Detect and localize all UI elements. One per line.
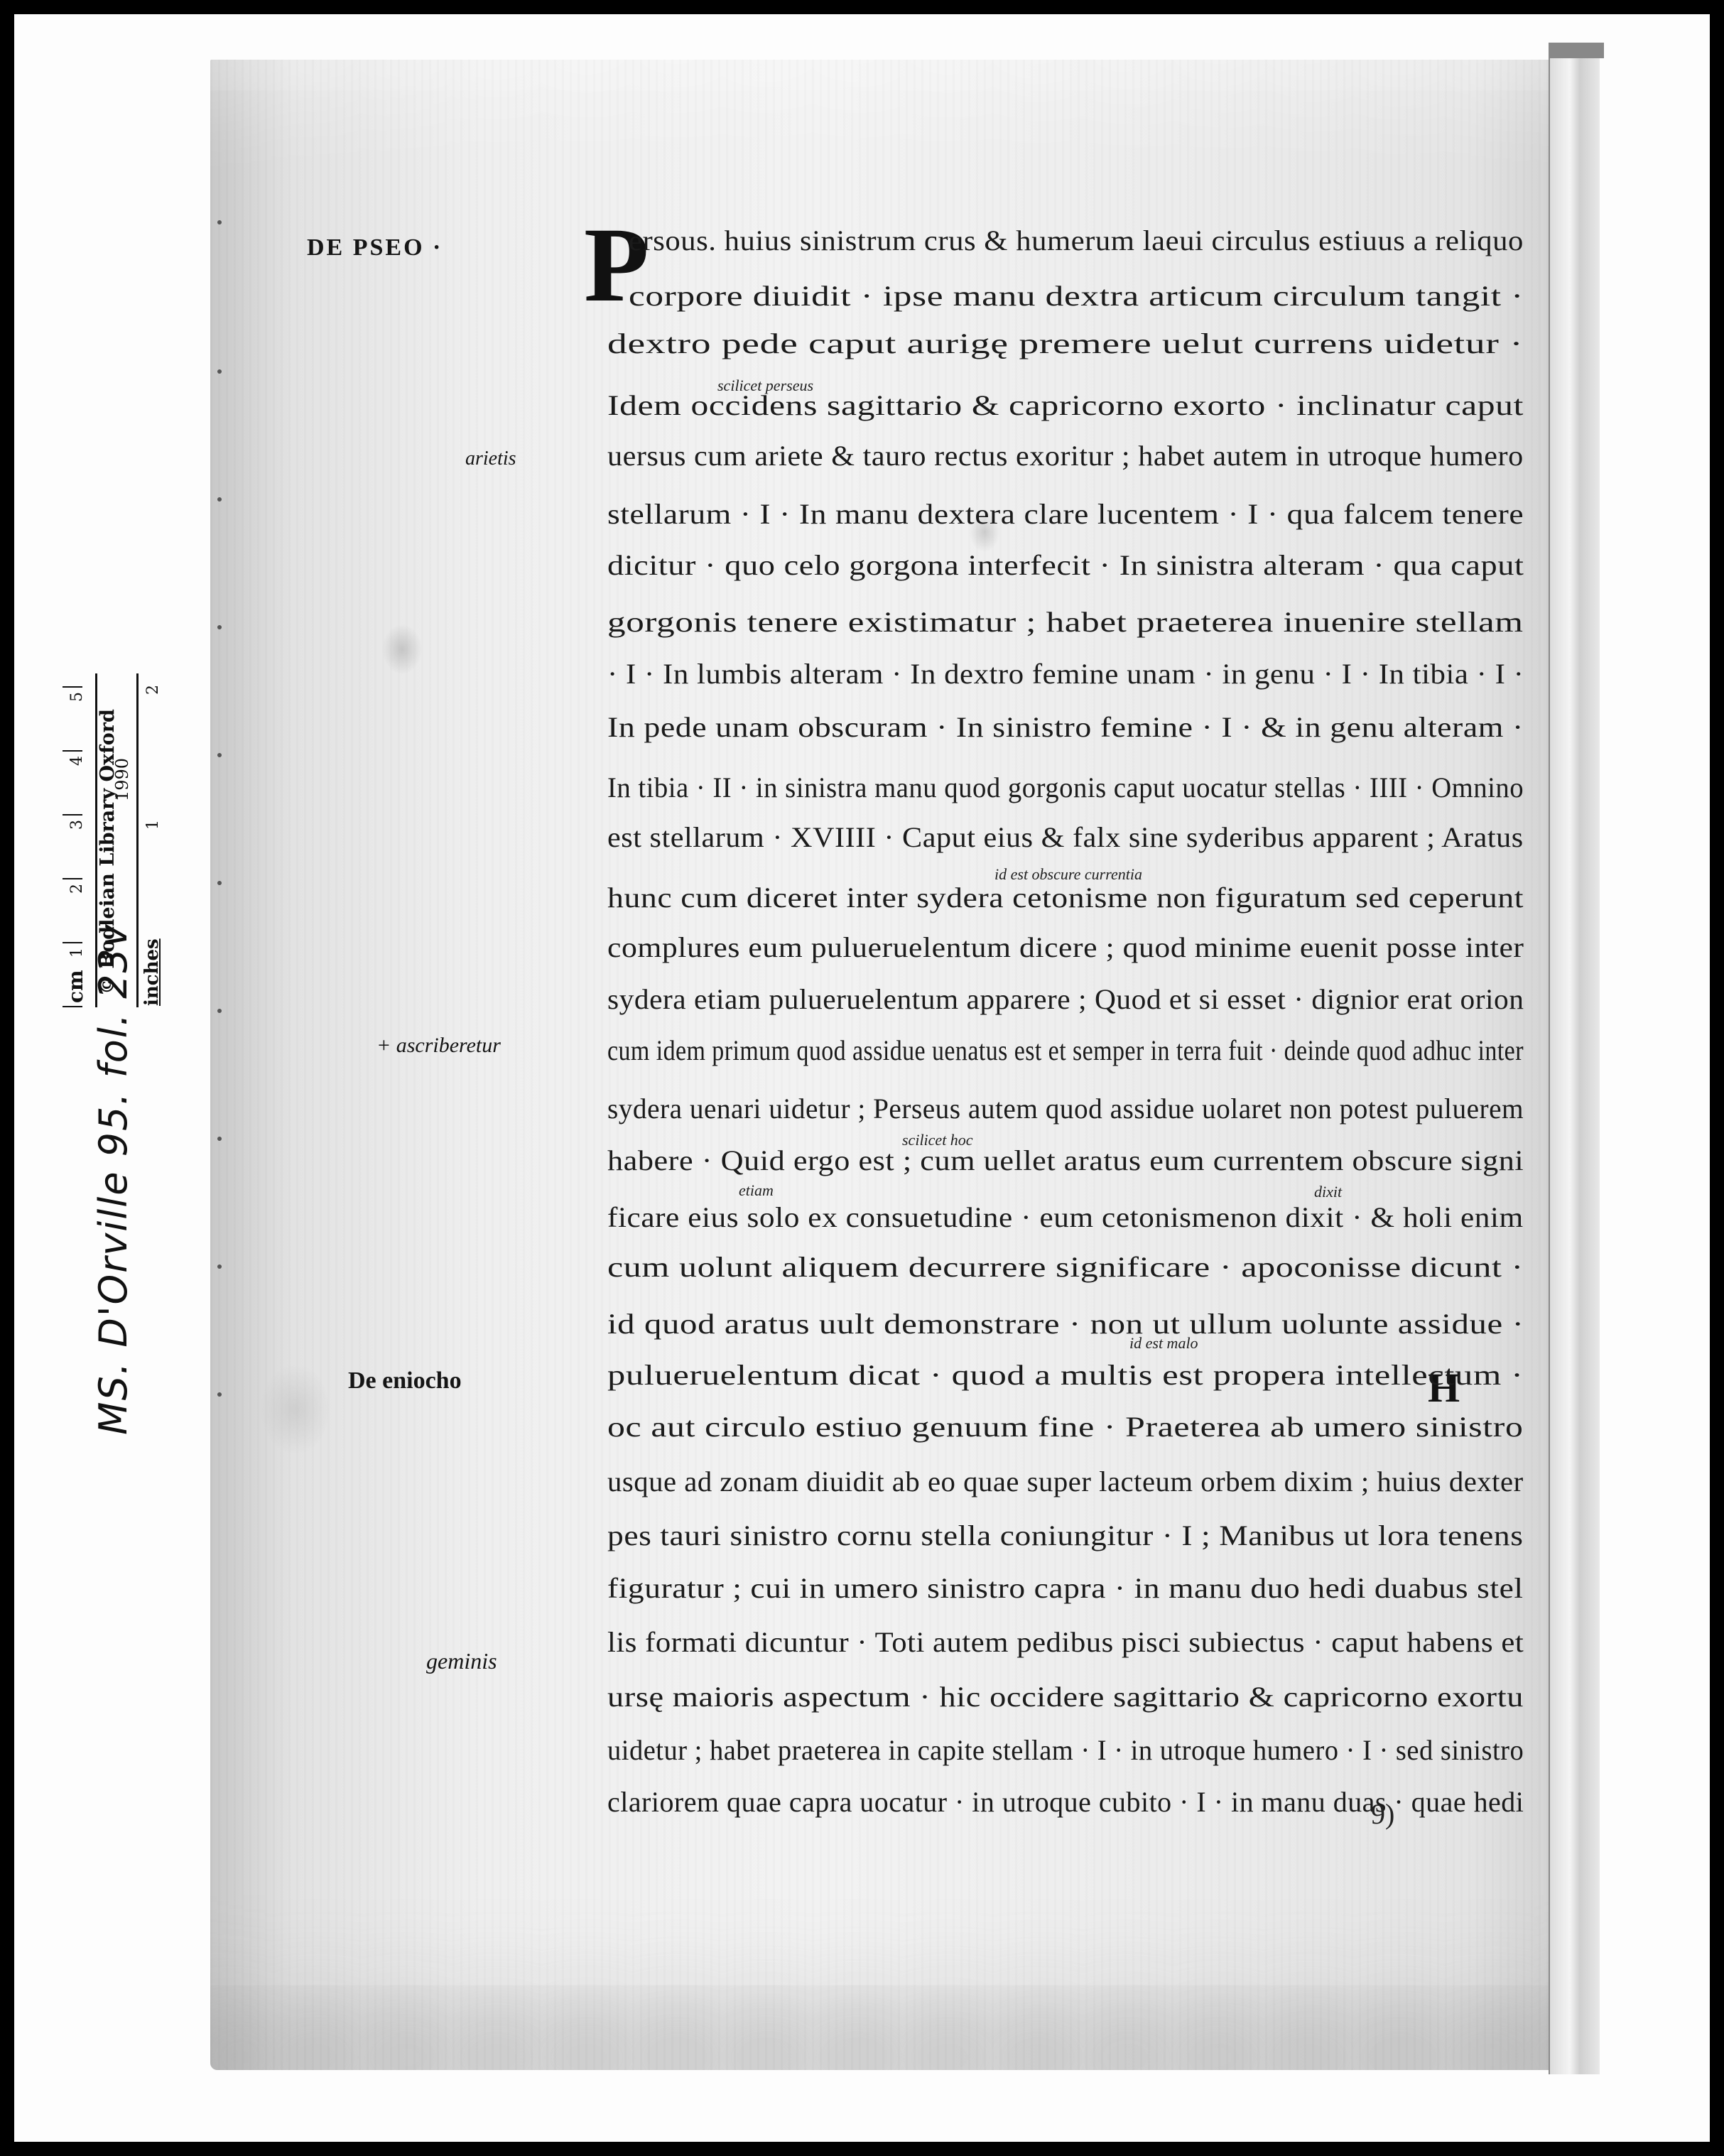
- text-line: dextro pede caput aurigę premere uelut c…: [607, 327, 1523, 360]
- pricking-hole: [217, 1137, 222, 1141]
- copyright-year: 1990: [112, 758, 132, 801]
- text-line: pulueruelentum dicat · quod a multis est…: [607, 1358, 1524, 1392]
- interlinear-gloss: scilicet perseus: [717, 377, 813, 395]
- shelfmark: MS. D'Orville 95. fol. 23v: [85, 1037, 142, 1435]
- text-line: ursę maioris aspectum · hic occidere sag…: [607, 1680, 1524, 1713]
- pricking-hole: [217, 1009, 222, 1013]
- pricking-hole: [217, 220, 222, 224]
- pricking-hole: [217, 753, 222, 757]
- text-line: cum uolunt aliquem decurrere significare…: [607, 1250, 1524, 1284]
- text-line: dicitur · quo celo gorgona interfecit · …: [607, 548, 1524, 582]
- text-line: figuratur ; cui in umero sinistro capra …: [607, 1571, 1524, 1605]
- pricking-hole: [217, 625, 222, 629]
- text-line: In tibia · II · in sinistra manu quod go…: [607, 771, 1524, 804]
- rubric-geminis: geminis: [426, 1648, 497, 1674]
- rubric-de-perseo: DE PSEO ·: [307, 234, 443, 261]
- binding-tab: [1549, 43, 1604, 58]
- text-line: sydera etiam pulueruelentum apparere ; Q…: [607, 982, 1524, 1016]
- interlinear-gloss: id est malo: [1129, 1334, 1198, 1353]
- text-line: ersous. huius sinistrum crus & humerum l…: [629, 224, 1524, 257]
- text-line: gorgonis tenere existimatur ; habet prae…: [607, 605, 1524, 639]
- cm-tick: 4: [68, 756, 86, 766]
- text-line: ficare eius solo ex consuetudine · eum c…: [607, 1201, 1524, 1234]
- cm-tick: 3: [68, 820, 86, 830]
- pricking-hole: [217, 369, 222, 374]
- interlinear-gloss: dixit: [1314, 1183, 1342, 1201]
- text-line: lis formati dicuntur · Toti autem pedibu…: [607, 1625, 1524, 1659]
- rubric-de-eniocho: De eniocho: [348, 1367, 462, 1394]
- inches-label: inches: [141, 938, 163, 1006]
- text-line: · I · In lumbis alteram · In dextro femi…: [607, 657, 1524, 690]
- cm-tick: 2: [68, 884, 86, 894]
- text-line: In pede unam obscuram · In sinistro femi…: [607, 710, 1524, 744]
- text-line: hunc cum diceret inter sydera cetonisme …: [607, 881, 1524, 914]
- cm-tick: 1: [68, 948, 86, 958]
- text-line: est stellarum · XVIIII · Caput eius & fa…: [607, 820, 1524, 854]
- text-line: sydera uenari uidetur ; Perseus autem qu…: [607, 1092, 1524, 1125]
- text-line: corpore diuidit · ipse manu dextra artic…: [629, 279, 1524, 313]
- inch-ruler: inches 1 2: [136, 673, 166, 1007]
- closing-mark: 9): [1371, 1797, 1394, 1831]
- text-line: oc aut circulo estiuo genuum fine · Prae…: [607, 1410, 1524, 1443]
- rubric-ascriberetur: + ascriberetur: [376, 1034, 501, 1058]
- text-line: stellarum · I · In manu dextera clare lu…: [607, 497, 1524, 531]
- shelfmark-text: MS. D'Orville 95. fol. 23v: [85, 1037, 142, 1435]
- rubric-arietis: arietis: [465, 448, 516, 470]
- text-line: pes tauri sinistro cornu stella coniungi…: [607, 1519, 1524, 1552]
- text-line: habere · Quid ergo est ; cum uellet arat…: [607, 1144, 1524, 1177]
- text-line: usque ad zonam diuidit ab eo quae super …: [607, 1465, 1524, 1498]
- interlinear-gloss: id est obscure currentia: [994, 865, 1142, 884]
- interlinear-gloss: etiam: [739, 1181, 774, 1200]
- cm-tick: 5: [68, 692, 86, 702]
- pricking-hole: [217, 497, 222, 502]
- text-line: uidetur ; habet praeterea in capite stel…: [607, 1733, 1524, 1767]
- cm-label: cm: [64, 970, 87, 1003]
- text-line: cum idem primum quod assidue uenatus est…: [607, 1034, 1524, 1067]
- pricking-hole: [217, 1392, 222, 1397]
- text-line: complures eum pulueruelentum dicere ; qu…: [607, 931, 1524, 964]
- binding-edge: [1549, 43, 1600, 2074]
- inch-tick: 1: [144, 820, 162, 830]
- inch-tick: 2: [144, 685, 162, 695]
- interlinear-gloss: scilicet hoc: [902, 1131, 973, 1149]
- text-line: id quod aratus uult demonstrare · non ut…: [607, 1307, 1524, 1340]
- text-line: uersus cum ariete & tauro rectus exoritu…: [607, 439, 1524, 472]
- pricking-hole: [217, 881, 222, 885]
- pricking-hole: [217, 1264, 222, 1269]
